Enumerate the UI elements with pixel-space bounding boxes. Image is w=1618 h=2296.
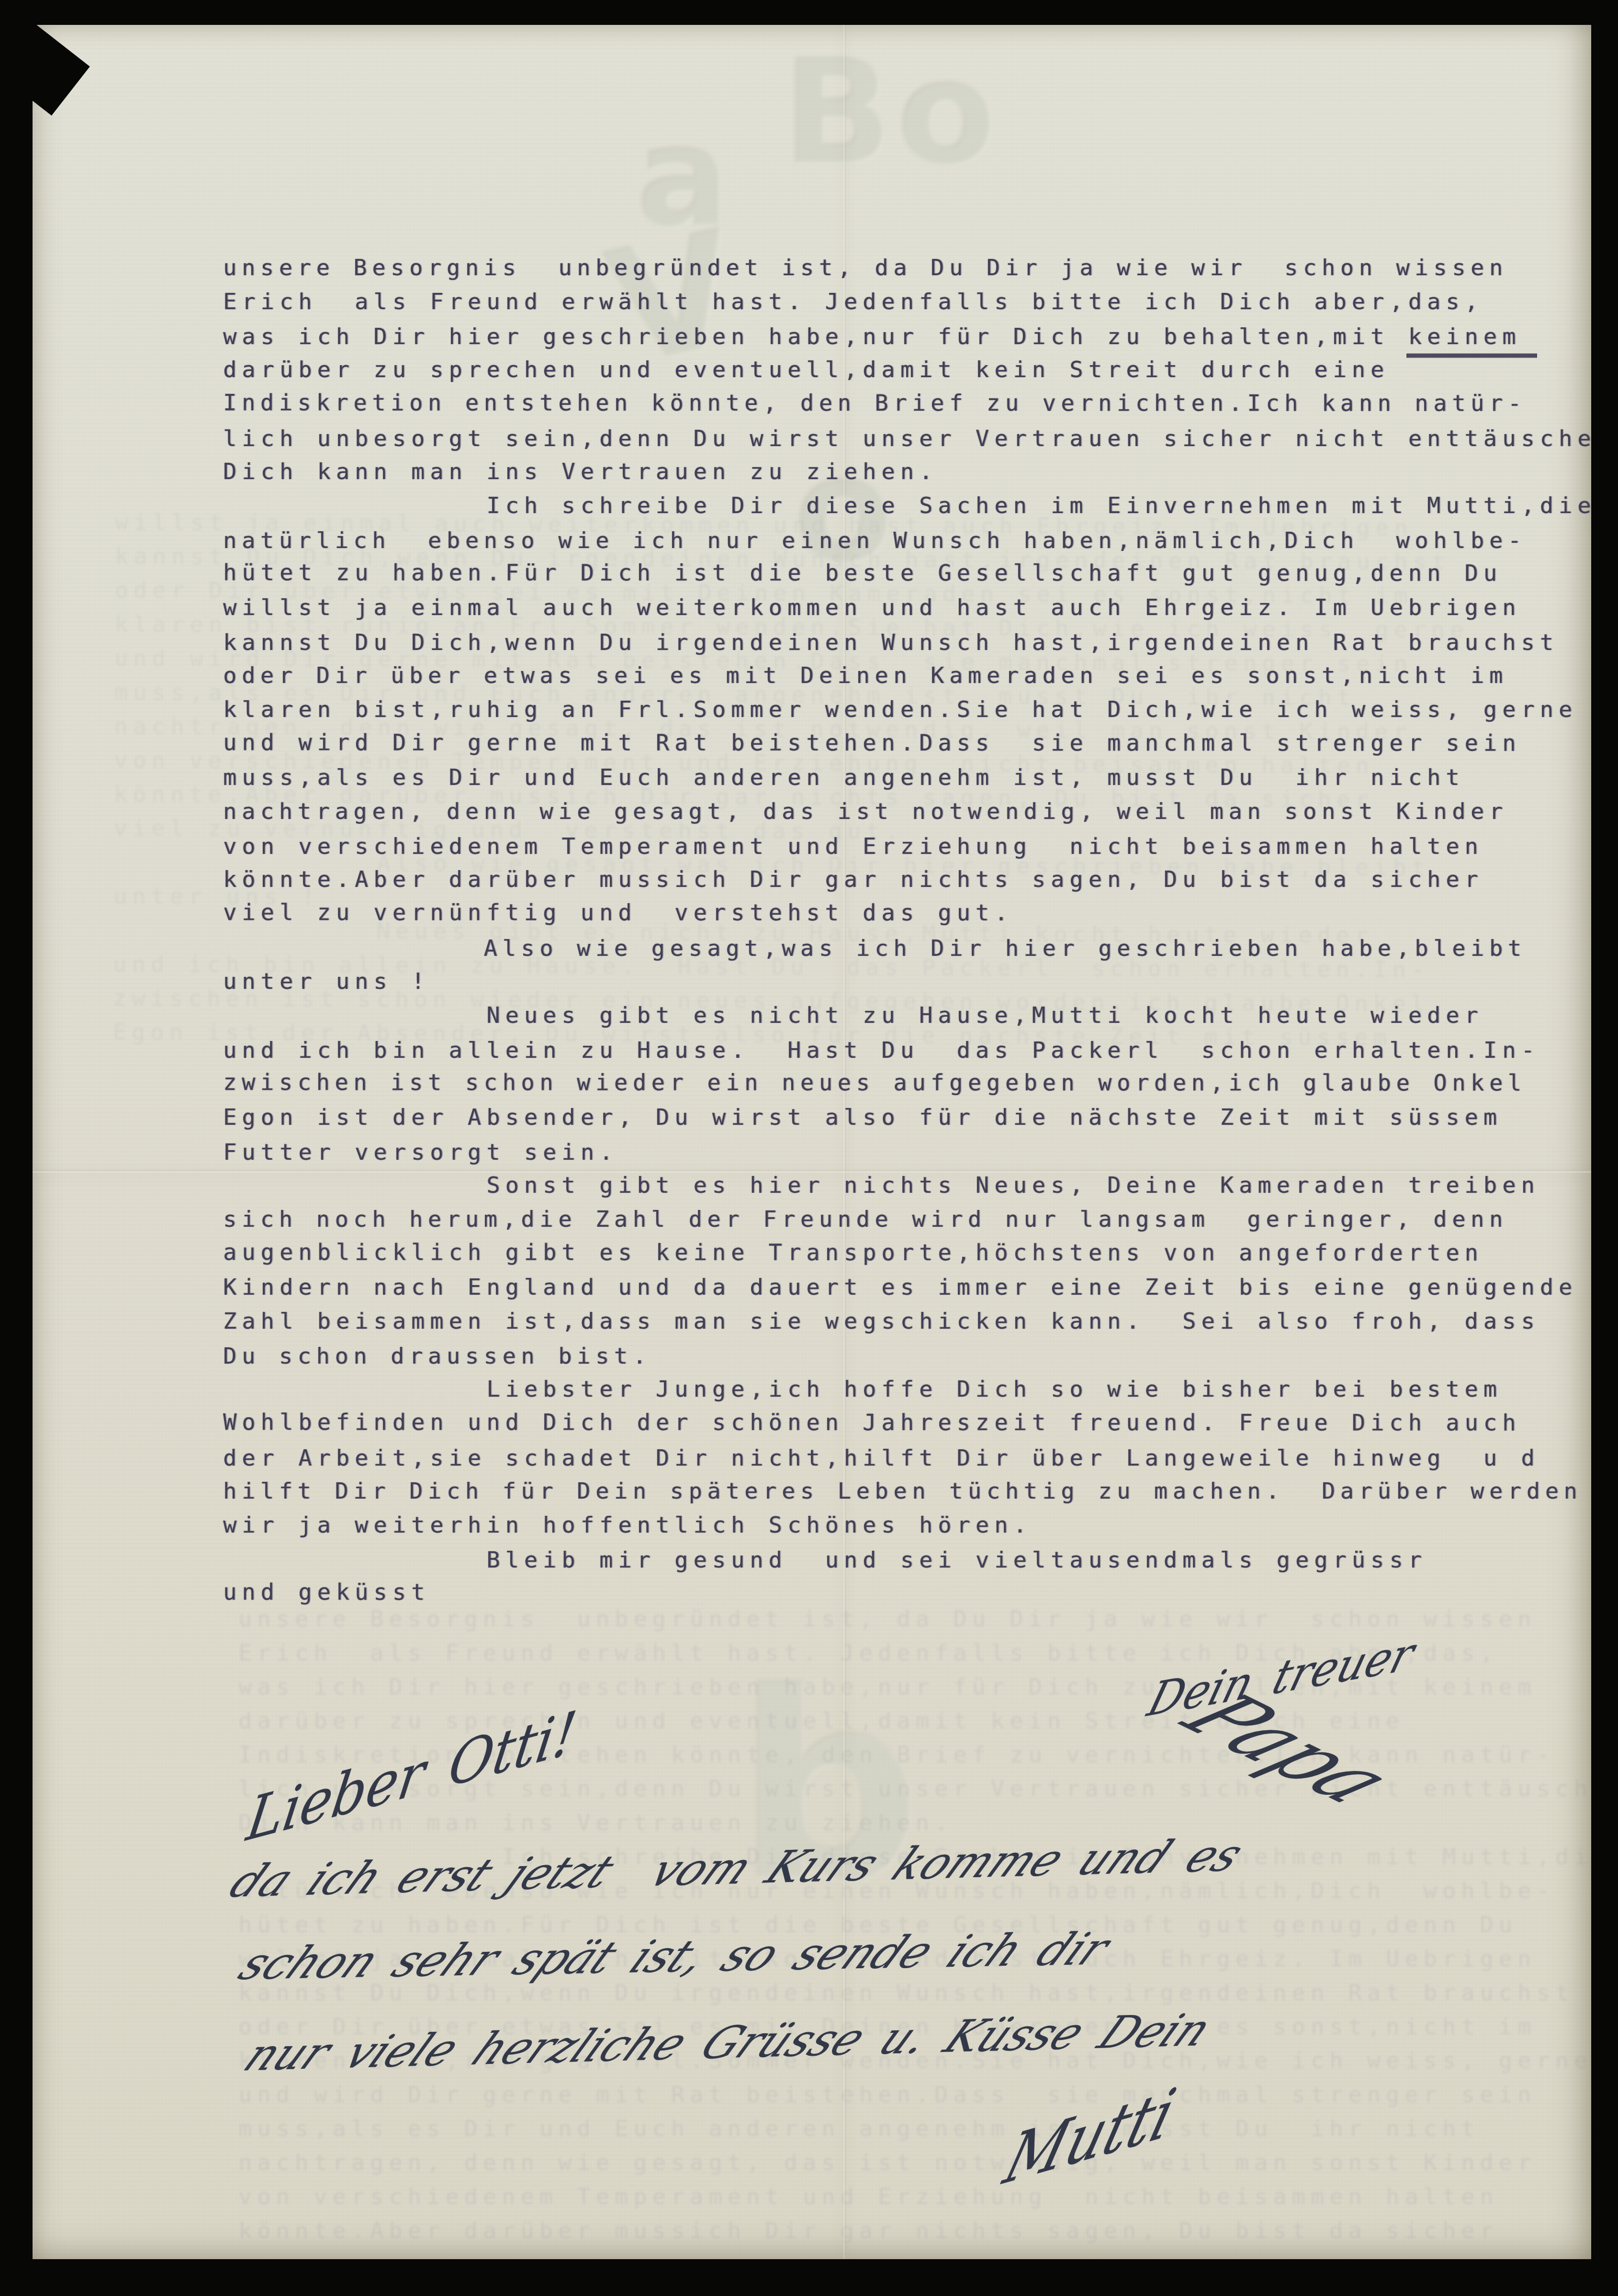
- handwritten-greeting: Lieber Otti!: [243, 1698, 581, 1855]
- typed-line: und wird Dir gerne mit Rat beistehen.Das…: [223, 726, 1591, 761]
- typed-line: Bleib mir gesund und sei vieltausendmals…: [223, 1543, 1591, 1577]
- typed-line: Also wie gesagt,was ich Dir hier geschri…: [223, 931, 1591, 965]
- typed-line: nachtragen, denn wie gesagt, das ist not…: [223, 795, 1591, 829]
- typed-line: Erich als Freund erwählt hast. Jedenfall…: [223, 285, 1591, 319]
- typed-line: unter uns !: [223, 964, 1591, 998]
- typed-line: und geküsst: [223, 1575, 1591, 1610]
- letter-paper-sheet: a Bo V o b willst ja einmal auch weiterk…: [33, 25, 1591, 2259]
- typed-line: Zahl beisammen ist,dass man sie wegschic…: [223, 1304, 1591, 1338]
- typed-line: von verschiedenem Temperament und Erzieh…: [223, 829, 1591, 863]
- typed-line: kannst Du Dich,wenn Du irgendeinen Wunsc…: [223, 626, 1591, 660]
- handwritten-note-line: schon sehr spät ist, so sende ich dir: [230, 1923, 1119, 1990]
- underlined-word: keinem: [1408, 324, 1521, 350]
- typed-line: hilft Dir Dich für Dein späteres Leben t…: [223, 1474, 1591, 1508]
- typed-line: Sonst gibt es hier nichts Neues, Deine K…: [223, 1168, 1591, 1202]
- embossed-watermark-glyph: Bo: [783, 30, 1001, 197]
- embossed-watermark-glyph: b: [736, 1638, 926, 1938]
- typed-line: Kindern nach England und da dauert es im…: [223, 1270, 1591, 1304]
- typed-line: Egon ist der Absender, Du wirst also für…: [223, 1100, 1591, 1134]
- typed-line: darüber zu sprechen und eventuell,damit …: [223, 353, 1591, 387]
- typed-line: klaren bist,ruhig an Frl.Sommer wenden.S…: [223, 693, 1591, 727]
- typed-line: Du schon draussen bist.: [223, 1339, 1591, 1373]
- typed-line: der Arbeit,sie schadet Dir nicht,hilft D…: [223, 1441, 1591, 1475]
- typed-line: könnte.Aber darüber mussich Dir gar nich…: [223, 862, 1591, 896]
- typed-line: Ich schreibe Dir diese Sachen im Einvern…: [223, 489, 1591, 523]
- scanned-letter-photo: a Bo V o b willst ja einmal auch weiterk…: [0, 0, 1618, 2296]
- typed-line: augenblicklich gibt es keine Transporte,…: [223, 1235, 1591, 1270]
- typed-line: Wohlbefinden und Dich der schönen Jahres…: [223, 1405, 1591, 1440]
- typed-line: und ich bin allein zu Hause. Hast Du das…: [223, 1033, 1591, 1067]
- typed-line: Dich kann man ins Vertrauen zu ziehen.: [223, 455, 1591, 489]
- typed-line: Neues gibt es nicht zu Hause,Mutti kocht…: [223, 998, 1591, 1032]
- typed-line: lich unbesorgt sein,denn Du wirst unser …: [223, 422, 1591, 456]
- typed-line: Futter versorgt sein.: [223, 1135, 1591, 1169]
- typed-line: oder Dir über etwas sei es mit Deinen Ka…: [223, 659, 1591, 693]
- typed-line: unsere Besorgnis unbegründet ist, da Du …: [223, 251, 1591, 285]
- handwritten-note-line: nur viele herzliche Grüsse u. Küsse Dein: [235, 2004, 1221, 2081]
- typed-line: zwischen ist schon wieder ein neues aufg…: [223, 1065, 1591, 1100]
- typed-line: Indiskretion entstehen könnte, den Brief…: [223, 386, 1591, 421]
- paper-corner-shadow: [33, 25, 90, 115]
- typed-line: natürlich ebenso wie ich nur einen Wunsc…: [223, 524, 1591, 558]
- typed-line: viel zu vernünftig und verstehst das gut…: [223, 896, 1591, 930]
- typewritten-letter-body: unsere Besorgnis unbegründet ist, da Du …: [223, 251, 1591, 1610]
- typed-line: hütet zu haben.Für Dich ist die beste Ge…: [223, 556, 1591, 591]
- typed-line: muss,als es Dir und Euch anderen angeneh…: [223, 761, 1591, 795]
- typed-line: Liebster Junge,ich hoffe Dich so wie bis…: [223, 1372, 1591, 1406]
- typed-line: sich noch herum,die Zahl der Freunde wir…: [223, 1202, 1591, 1236]
- typed-line: wir ja weiterhin hoffentlich Schönes hör…: [223, 1508, 1591, 1542]
- typed-line: willst ja einmal auch weiterkommen und h…: [223, 591, 1591, 625]
- handwritten-signature-mutti: Mutti: [996, 2073, 1184, 2201]
- typed-line: was ich Dir hier geschrieben habe,nur fü…: [223, 320, 1591, 354]
